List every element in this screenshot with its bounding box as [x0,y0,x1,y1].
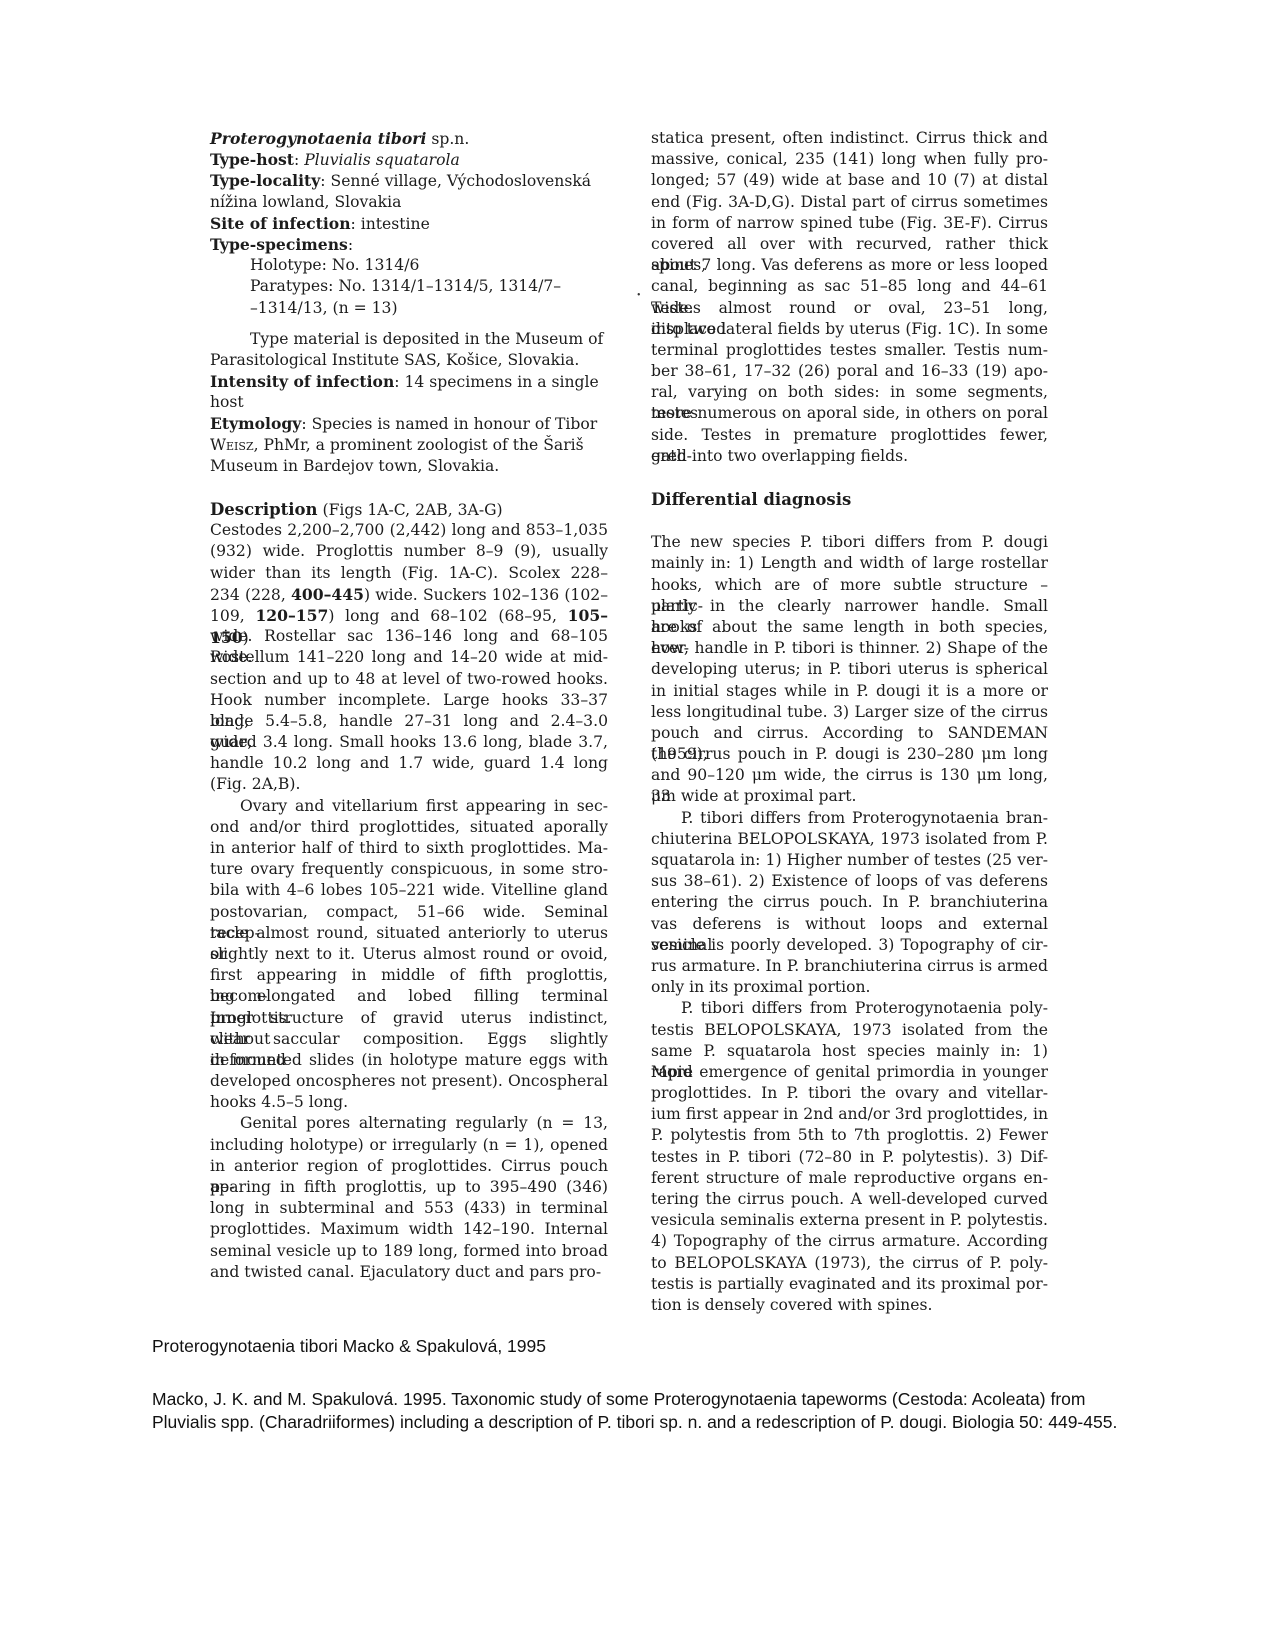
text-line: chiuterina BELOPOLSKAYA, 1973 isolated f… [651,829,1048,850]
scan-mark: • [637,290,641,301]
site-of-infection: Site of infection: intestine [210,213,608,234]
text-line: μm wide at proximal part. [651,786,1048,807]
text-line: seminal vesicle up to 189 long, formed i… [210,1241,608,1262]
text-line: ularly in the clearly narrower handle. S… [651,596,1048,617]
text-line: longed; 57 (49) wide at base and 10 (7) … [651,170,1048,191]
text-line: less longitudinal tube. 3) Larger size o… [651,702,1048,723]
text-line: The new species P. tibori differs from P… [651,532,1048,553]
intensity: Intensity of infection: 14 specimens in … [210,371,608,392]
text-line: and 90–120 μm wide, the cirrus is 130 μm… [651,765,1048,786]
description-heading: Description (Figs 1A-C, 2AB, 3A-G) [210,499,608,520]
text-line: about 7 long. Vas deferens as more or le… [651,255,1048,276]
text-line: tering the cirrus pouch. A well-develope… [651,1189,1048,1210]
text-line: clear saccular composition. Eggs slightl… [210,1029,608,1050]
etymology-cont: Weisz, PhMr, a prominent zoologist of th… [210,435,608,456]
text-line: rus armature. In P. branchiuterina cirru… [651,956,1048,977]
text-line: are of about the same length in both spe… [651,617,1048,638]
text-line: hooks, which are of more subtle structur… [651,575,1048,596]
text-line: Rostellum 141–220 long and 14–20 wide at… [210,647,608,668]
differential-diagnosis-heading: Differential diagnosis [651,489,1048,510]
text-line: wider than its length (Fig. 1A-C). Scole… [210,563,608,584]
text-line: Inner structure of gravid uterus indisti… [210,1008,608,1029]
description-para-1: Cestodes 2,200–2,700 (2,442) long and 85… [210,520,608,795]
text-line: pouch and cirrus. According to SANDEMAN … [651,723,1048,744]
text-line: tion is densely covered with spines. [651,1295,1048,1316]
text-line: entering the cirrus pouch. In P. branchi… [651,892,1048,913]
text-line: squatarola in: 1) Higher number of teste… [651,850,1048,871]
text-line: wide. Rostellar sac 136–146 long and 68–… [210,626,608,647]
intensity-cont: host [210,392,608,413]
diff-para-1: The new species P. tibori differs from P… [651,532,1048,807]
text-line: covered all over with recurved, rather t… [651,234,1048,255]
text-line: P. tibori differs from Proterogynotaenia… [651,808,1048,829]
text-line: statica present, often indistinct. Cirru… [651,128,1048,149]
text-line: Hook number incomplete. Large hooks 33–3… [210,690,608,711]
text-line: testis BELOPOLSKAYA, 1973 isolated from … [651,1020,1048,1041]
scanned-page: Proterogynotaenia tibori sp.n. Type-host… [0,0,1275,1650]
etymology-cont-2: Museum in Bardejov town, Slovakia. [210,456,608,477]
text-line: ium first appear in 2nd and/or 3rd progl… [651,1104,1048,1125]
text-line: mainly in: 1) Length and width of large … [651,553,1048,574]
text-line: developing uterus; in P. tibori uterus i… [651,659,1048,680]
text-line: long in subterminal and 553 (433) in ter… [210,1198,608,1219]
text-line: Genital pores alternating regularly (n =… [210,1113,608,1134]
text-line: in anterior region of proglottides. Cirr… [210,1156,608,1177]
text-line: ered into two overlapping fields. [651,446,1048,467]
deposit-text: Type material is deposited in the Museum… [210,329,608,350]
text-line: terminal proglottides testes smaller. Te… [651,340,1048,361]
text-line: massive, conical, 235 (141) long when fu… [651,149,1048,170]
type-specimens: Type-specimens: [210,234,608,255]
text-line: ferent structure of male reproductive or… [651,1168,1048,1189]
text-line: testis is partially evaginated and its p… [651,1274,1048,1295]
text-line: handle 10.2 long and 1.7 wide, guard 1.4… [210,753,608,774]
text-line: ever, handle in P. tibori is thinner. 2)… [651,638,1048,659]
text-line: in mounted slides (in holotype mature eg… [210,1050,608,1071]
text-line: ral, varying on both sides: in some segm… [651,382,1048,403]
paratypes-cont: –1314/13, (n = 13) [210,298,608,319]
text-line: 234 (228, 400–445) wide. Suckers 102–136… [210,584,608,605]
text-line: (932) wide. Proglottis number 8–9 (9), u… [210,541,608,562]
text-line: ing elongated and lobed filling terminal… [210,986,608,1007]
text-line: first appearing in middle of fifth progl… [210,965,608,986]
text-line: postovarian, compact, 51–66 wide. Semina… [210,902,608,923]
text-line: vas deferens is without loops and extern… [651,914,1048,935]
text-line: proglottides. Maximum width 142–190. Int… [210,1219,608,1240]
text-line: guard 3.4 long. Small hooks 13.6 long, b… [210,732,608,753]
text-line: slightly next to it. Uterus almost round… [210,944,608,965]
text-line: tacle almost round, situated anteriorly … [210,923,608,944]
text-line: end (Fig. 3A-D,G). Distal part of cirrus… [651,192,1048,213]
text-line: in form of narrow spined tube (Fig. 3E-F… [651,213,1048,234]
right-column: statica present, often indistinct. Cirru… [651,128,1048,1316]
diff-para-2: P. tibori differs from Proterogynotaenia… [651,808,1048,999]
text-line: rapid emergence of genital primordia in … [651,1062,1048,1083]
species-title: Proterogynotaenia tibori sp.n. [210,128,608,149]
text-line: vesicle is poorly developed. 3) Topograp… [651,935,1048,956]
text-line: P. tibori differs from Proterogynotaenia… [651,998,1048,1019]
citation: Macko, J. K. and M. Spakulová. 1995. Tax… [152,1388,1132,1434]
text-line: (Fig. 2A,B). [210,774,608,795]
text-line: 4) Topography of the cirrus armature. Ac… [651,1231,1048,1252]
deposit-text-cont: Parasitological Institute SAS, Košice, S… [210,350,608,371]
text-line: pearing in fifth proglottis, up to 395–4… [210,1177,608,1198]
text-line: ber 38–61, 17–32 (26) poral and 16–33 (1… [651,361,1048,382]
paratypes: Paratypes: No. 1314/1–1314/5, 1314/7– [210,276,608,297]
text-line: in anterior half of third to sixth progl… [210,838,608,859]
text-line: vesicula seminalis externa present in P.… [651,1210,1048,1231]
text-line: same P. squatarola host species mainly i… [651,1041,1048,1062]
text-line: only in its proximal portion. [651,977,1048,998]
text-line: bila with 4–6 lobes 105–221 wide. Vitell… [210,880,608,901]
text-line: canal, beginning as sac 51–85 long and 4… [651,276,1048,297]
text-line: Cestodes 2,200–2,700 (2,442) long and 85… [210,520,608,541]
text-line: side. Testes in premature proglottides f… [651,425,1048,446]
holotype: Holotype: No. 1314/6 [210,255,608,276]
text-line: including holotype) or irregularly (n = … [210,1135,608,1156]
text-line: to BELOPOLSKAYA (1973), the cirrus of P.… [651,1253,1048,1274]
text-line: sus 38–61). 2) Existence of loops of vas… [651,871,1048,892]
text-line: ond and/or third proglottides, situated … [210,817,608,838]
text-line: blade 5.4–5.8, handle 27–31 long and 2.4… [210,711,608,732]
left-column: Proterogynotaenia tibori sp.n. Type-host… [210,128,608,1283]
text-line: section and up to 48 at level of two-row… [210,669,608,690]
description-continuation: statica present, often indistinct. Cirru… [651,128,1048,467]
text-line: into two lateral fields by uterus (Fig. … [651,319,1048,340]
description-para-2: Ovary and vitellarium first appearing in… [210,796,608,1114]
type-locality: Type-locality: Senné village, Východoslo… [210,170,608,191]
text-line: testes in P. tibori (72–80 in P. polytes… [651,1147,1048,1168]
text-line: and twisted canal. Ejaculatory duct and … [210,1262,608,1283]
text-line: more numerous on aporal side, in others … [651,403,1048,424]
description-para-3: Genital pores alternating regularly (n =… [210,1113,608,1283]
text-line: Testes almost round or oval, 23–51 long,… [651,298,1048,319]
text-line: hooks 4.5–5 long. [210,1092,608,1113]
text-line: Ovary and vitellarium first appearing in… [210,796,608,817]
text-line: P. polytestis from 5th to 7th proglottis… [651,1125,1048,1146]
text-line: in initial stages while in P. dougi it i… [651,681,1048,702]
text-line: developed oncospheres not present). Onco… [210,1071,608,1092]
etymology: Etymology: Species is named in honour of… [210,413,608,434]
type-host: Type-host: Pluvialis squatarola [210,149,608,170]
type-locality-cont: nížina lowland, Slovakia [210,192,608,213]
text-line: ture ovary frequently conspicuous, in so… [210,859,608,880]
text-line: 109, 120–157) long and 68–102 (68–95, 10… [210,605,608,626]
figure-caption-title: Proterogynotaenia tibori Macko & Spakulo… [152,1336,546,1357]
text-line: proglottides. In P. tibori the ovary and… [651,1083,1048,1104]
text-line: the cirrus pouch in P. dougi is 230–280 … [651,744,1048,765]
diff-para-3: P. tibori differs from Proterogynotaenia… [651,998,1048,1316]
